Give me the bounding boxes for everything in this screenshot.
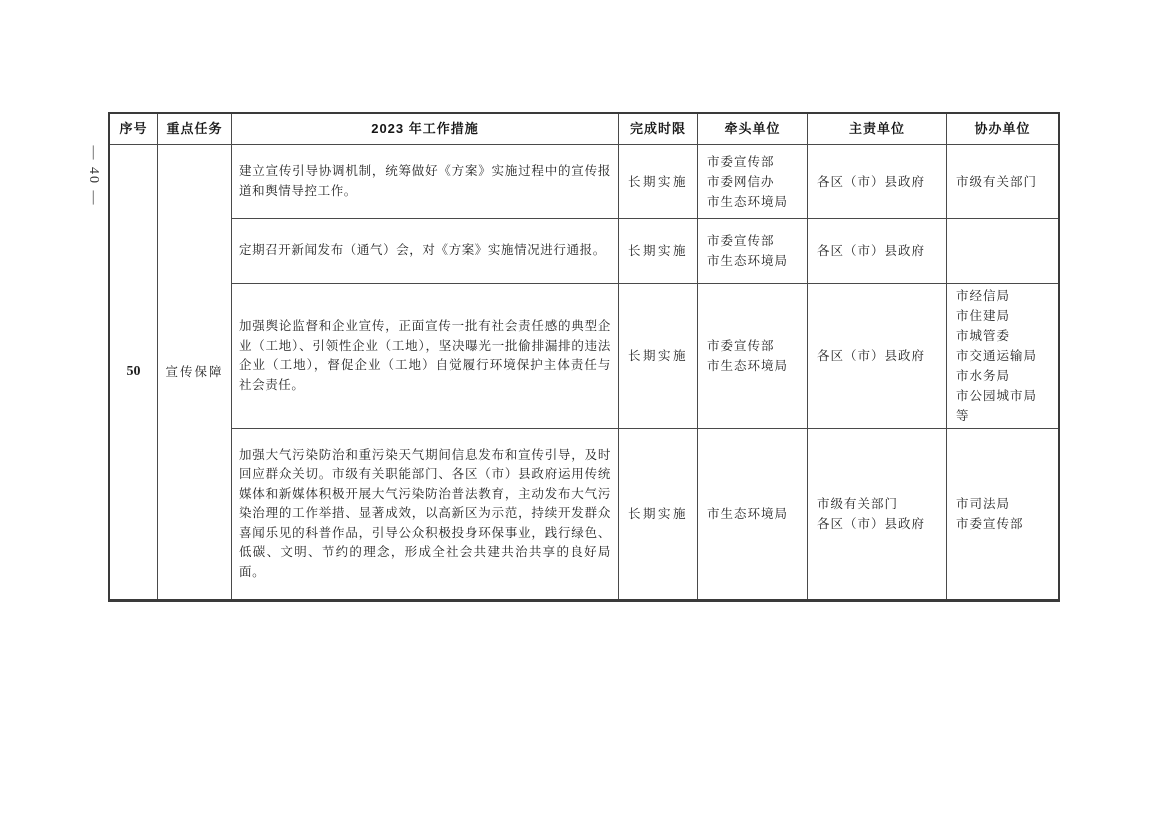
responsible-units-cell: 各区（市）县政府: [808, 219, 947, 284]
measure-text: 定期召开新闻发布（通气）会，对《方案》实施情况进行通报。: [239, 241, 611, 261]
lead-units-cell: 市生态环境局: [698, 429, 808, 599]
responsible-units-cell: 各区（市）县政府: [808, 284, 947, 429]
deadline-cell: 长期实施: [619, 284, 698, 429]
deadline-cell: 长期实施: [619, 429, 698, 599]
header-cell-assisting-unit: 协办单位: [947, 114, 1058, 145]
measure-cell: 加强舆论监督和企业宣传，正面宣传一批有社会责任感的典型企业（工地）、引领性企业（…: [232, 284, 619, 429]
document-page: — 40 — 序号 重点任务 2023 年工作措施 完成时限 牵头单位 主责单位…: [0, 0, 1169, 826]
header-cell-measures: 2023 年工作措施: [232, 114, 619, 145]
lead-units-cell: 市委宣传部 市生态环境局: [698, 284, 808, 429]
assisting-units-cell: 市司法局 市委宣传部: [947, 429, 1058, 599]
deadline-cell: 长期实施: [619, 219, 698, 284]
header-cell-lead-unit: 牵头单位: [698, 114, 808, 145]
responsible-units-cell: 各区（市）县政府: [808, 145, 947, 219]
task-name-cell: 宣传保障: [158, 145, 232, 599]
measure-cell: 建立宣传引导协调机制，统筹做好《方案》实施过程中的宣传报道和舆情导控工作。: [232, 145, 619, 219]
measure-cell: 加强大气污染防治和重污染天气期间信息发布和宣传引导，及时回应群众关切。市级有关职…: [232, 429, 619, 599]
lead-units-cell: 市委宣传部 市委网信办 市生态环境局: [698, 145, 808, 219]
assisting-units-cell: 市级有关部门: [947, 145, 1058, 219]
measure-text: 加强大气污染防治和重污染天气期间信息发布和宣传引导，及时回应群众关切。市级有关职…: [239, 446, 611, 583]
responsible-units-cell: 市级有关部门 各区（市）县政府: [808, 429, 947, 599]
measure-cell: 定期召开新闻发布（通气）会，对《方案》实施情况进行通报。: [232, 219, 619, 284]
deadline-cell: 长期实施: [619, 145, 698, 219]
header-cell-responsible-unit: 主责单位: [808, 114, 947, 145]
assisting-units-cell: 市经信局 市住建局 市城管委 市交通运输局 市水务局 市公园城市局 等: [947, 284, 1058, 429]
serial-number-cell: 50: [110, 145, 158, 599]
page-number: — 40 —: [81, 131, 101, 221]
header-cell-serial: 序号: [110, 114, 158, 145]
header-cell-task: 重点任务: [158, 114, 232, 145]
assisting-units-cell: [947, 219, 1058, 284]
measure-text: 加强舆论监督和企业宣传，正面宣传一批有社会责任感的典型企业（工地）、引领性企业（…: [239, 317, 611, 395]
lead-units-cell: 市委宣传部 市生态环境局: [698, 219, 808, 284]
header-cell-deadline: 完成时限: [619, 114, 698, 145]
work-measures-table: 序号 重点任务 2023 年工作措施 完成时限 牵头单位 主责单位 协办单位 5…: [108, 112, 1060, 602]
measure-text: 建立宣传引导协调机制，统筹做好《方案》实施过程中的宣传报道和舆情导控工作。: [239, 162, 611, 201]
